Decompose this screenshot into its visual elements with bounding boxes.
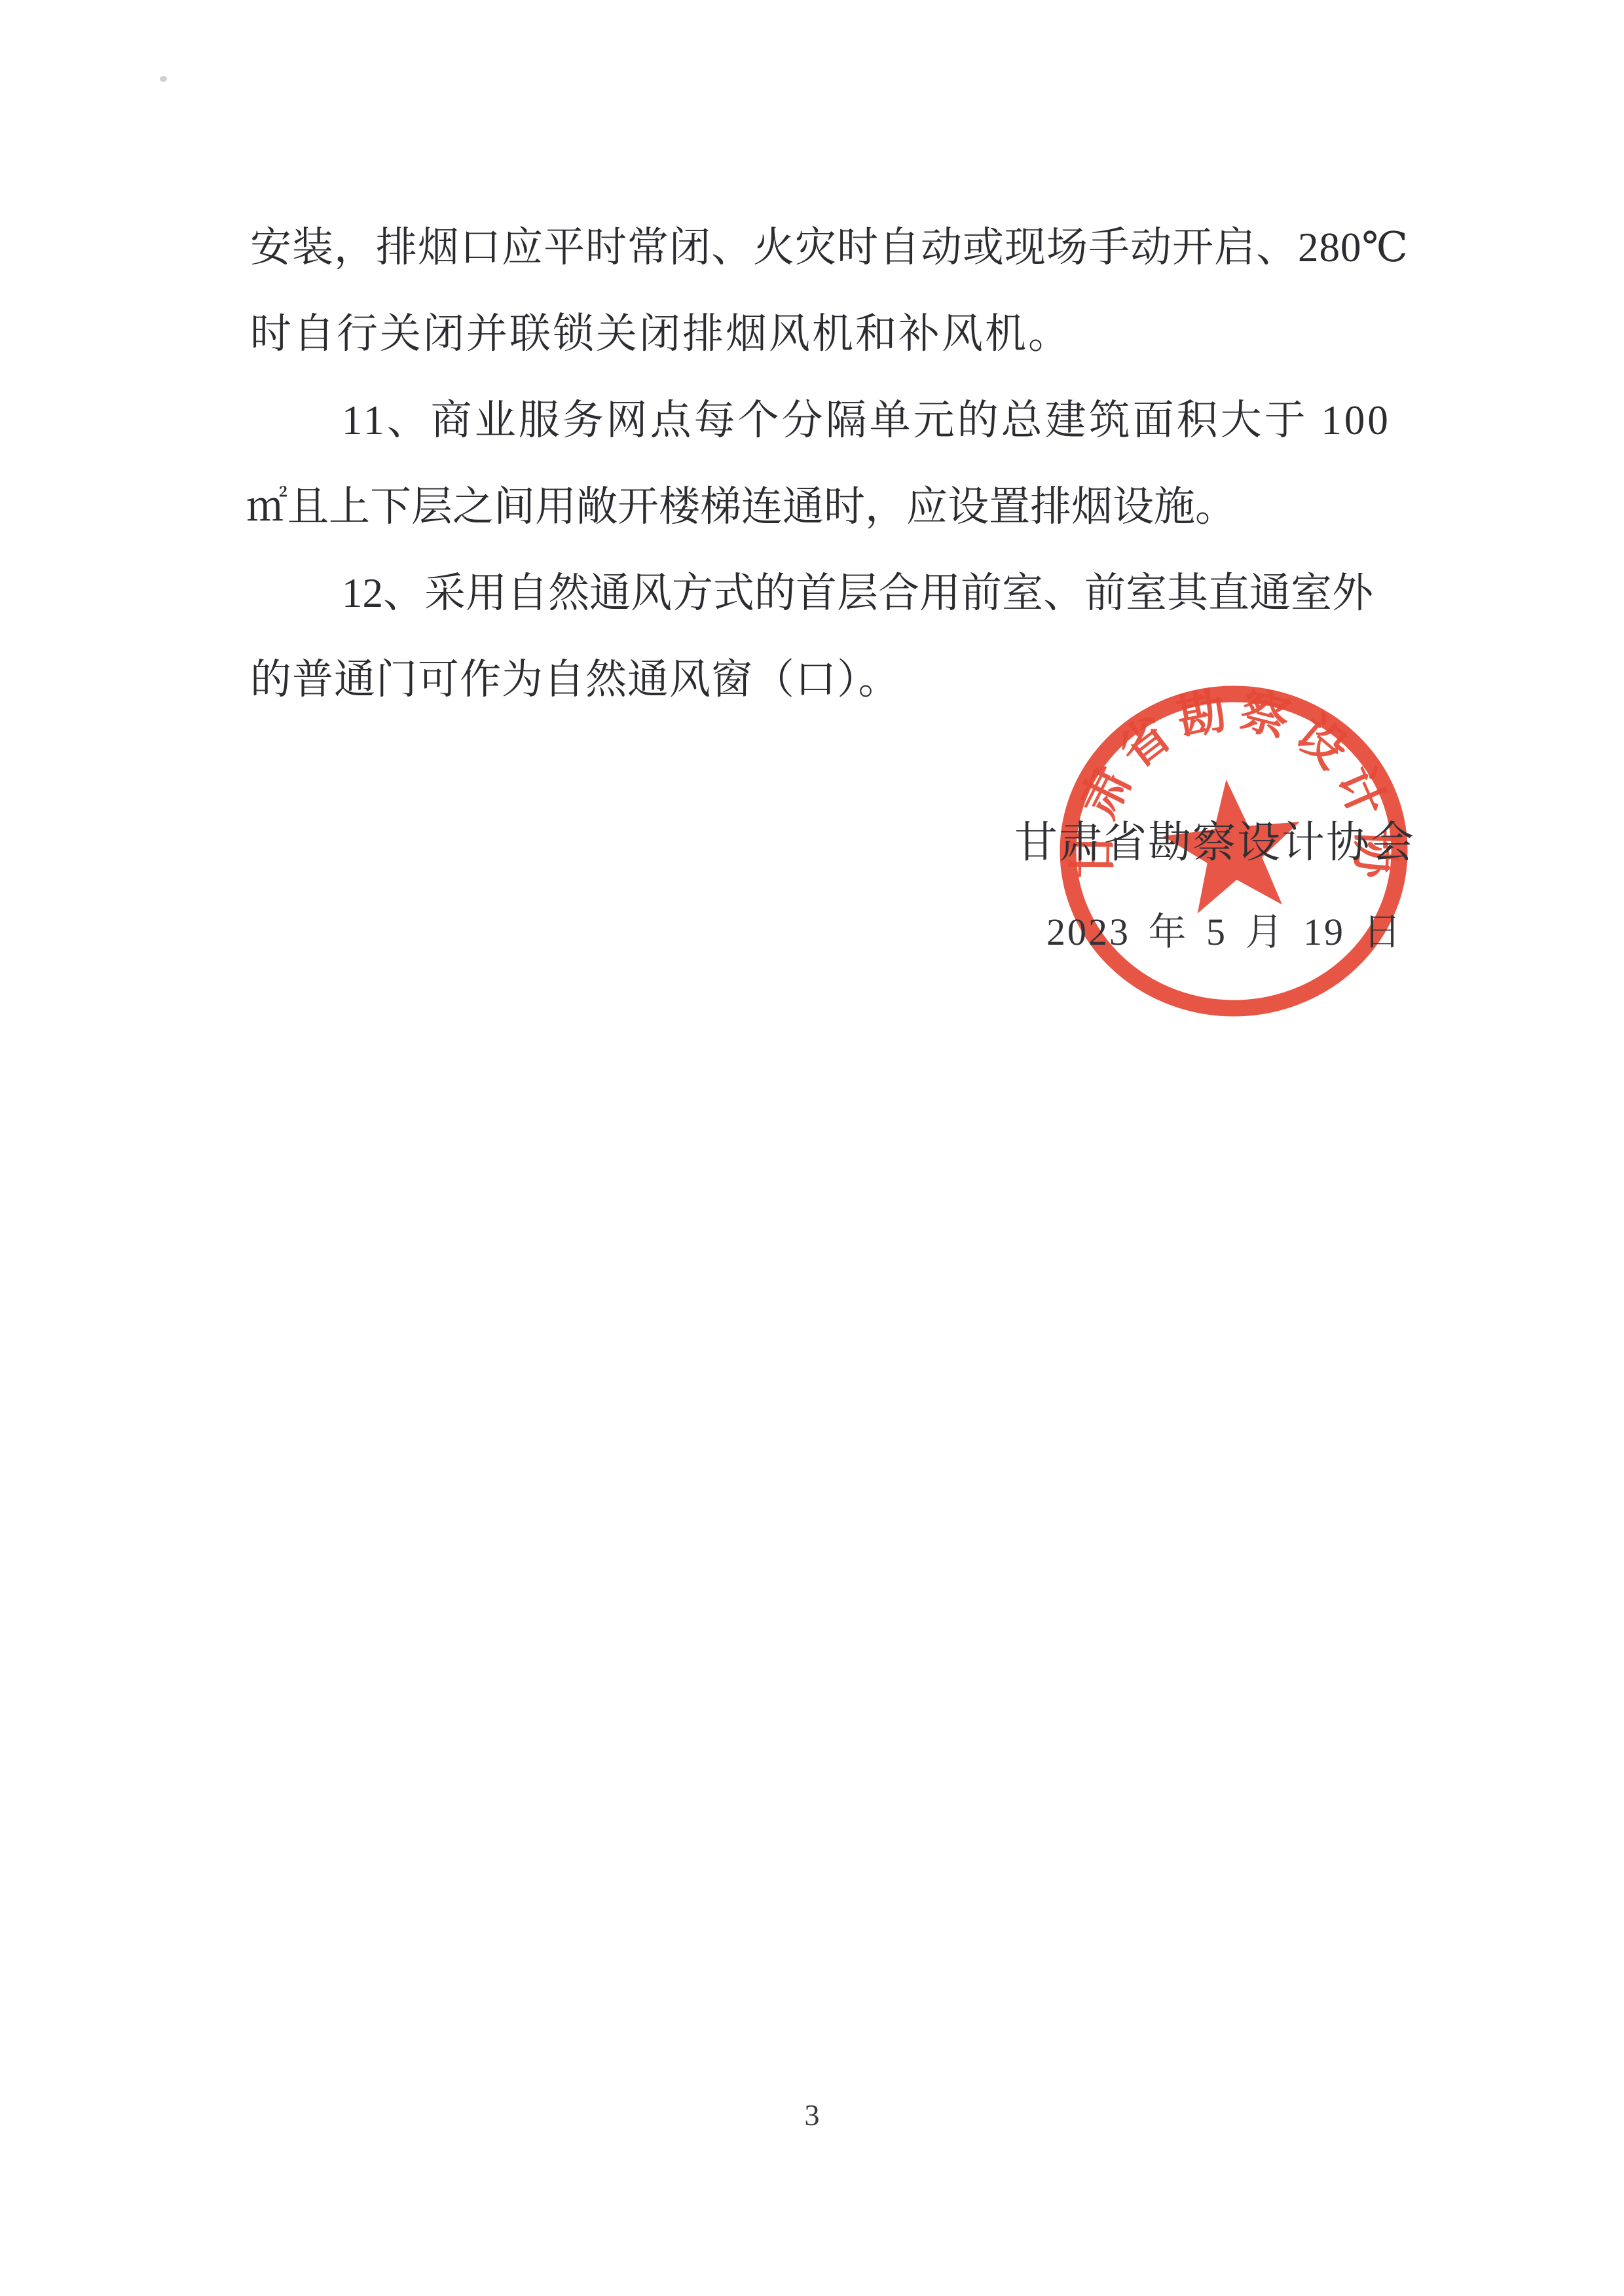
page-number: 3 — [805, 2098, 820, 2132]
paragraph-10-line-3: 时自行关闭并联锁关闭排烟风机和补风机。 — [250, 306, 1071, 361]
paragraph-12-line-1: 12、采用自然通风方式的首层合用前室、前室其直通室外 — [342, 566, 1373, 621]
page-footer: 3 — [0, 2098, 1624, 2132]
paragraph-10-line-2: 安装，排烟口应平时常闭、火灾时自动或现场手动开启、280℃ — [250, 220, 1409, 275]
scan-artifact-speck — [160, 76, 167, 82]
document-page: 安装，排烟口应平时常闭、火灾时自动或现场手动开启、280℃ 时自行关闭并联锁关闭… — [0, 0, 1624, 2296]
paragraph-12-line-2: 的普通门可作为自然通风窗（口）。 — [250, 652, 900, 707]
signature-date: 2023 年 5 月 19 日 — [1046, 909, 1403, 956]
paragraph-11-line-2: ㎡且上下层之间用敞开楼梯连通时，应设置排烟设施。 — [246, 479, 1236, 534]
signature-organization: 甘肃省勘察设计协会 — [1014, 817, 1415, 869]
paragraph-11-line-1: 11、商业服务网点每个分隔单元的总建筑面积大于 100 — [342, 393, 1391, 448]
